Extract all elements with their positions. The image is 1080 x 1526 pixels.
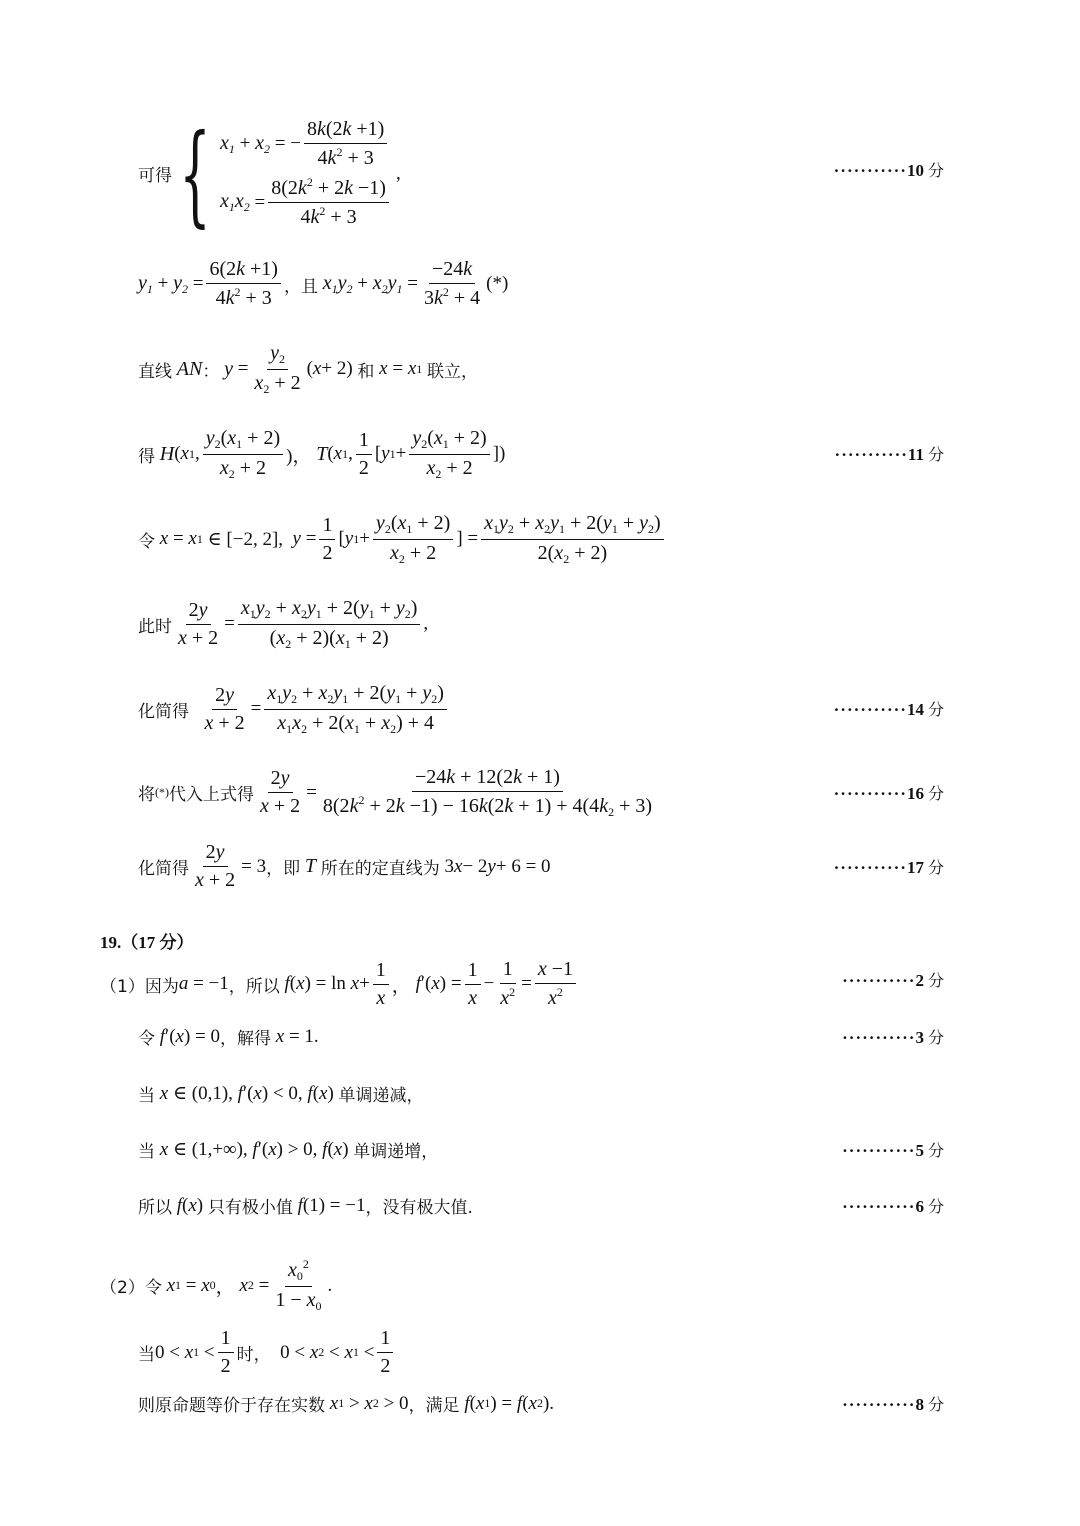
score-17: ···········17分: [834, 855, 944, 878]
score-10: ···········10分: [834, 158, 944, 181]
q19-decreasing: 当 x ∈ (0,1), f′(x) < 0, f(x) 单调递减，: [138, 1081, 424, 1106]
q19-equivalence-line: 则原命题等价于存在实数 x1 > x2 > 0，满足 f(x1) = f(x2)…: [138, 1391, 554, 1416]
q19-increasing: 当 x ∈ (1,+∞), f′(x) > 0, f(x) 单调递增，: [138, 1137, 438, 1162]
score-3: ···········3分: [842, 1025, 944, 1048]
score-11: ···········11分: [835, 442, 944, 465]
score-14: ···········14分: [834, 697, 944, 720]
product-x-equation: x1x2 = 8(2k2 + 2k −1)4k2 + 3: [220, 176, 392, 229]
simplify-line-1: 化简得 2yx + 2= x1y2 + x2y1 + 2(y1 + y2)x1x…: [138, 682, 450, 737]
q19-range-line: 当 0 < x1 < 12时， 0 < x2 < x1 < 12: [138, 1327, 396, 1378]
y-sum-line: y1 + y2 = 6(2k +1)4k2 + 3 ，且 x1y2 + x2y1…: [138, 258, 508, 310]
question-19-heading: 19.（17 分）: [100, 928, 194, 953]
star-marker: (*): [486, 273, 508, 295]
q19-part1-line: （1）因为 a = −1，所以 f(x) = ln x+ 1x， f′(x) =…: [100, 958, 579, 1010]
score-2: ···········2分: [842, 968, 944, 991]
substitute-line: 将(*)代入上式得 2yx + 2= −24k + 12(2k + 1)8(2k…: [138, 766, 658, 820]
line-AN: 直线 AN： y = y2x2 + 2 (x + 2) 和 x = x1 联立，: [138, 342, 478, 397]
left-brace: {: [179, 119, 211, 229]
score-16: ···········16分: [834, 781, 944, 804]
sum-x-equation: x1 + x2 = − 8k(2k +1)4k2 + 3: [220, 118, 392, 170]
score-8: ···········8分: [842, 1392, 944, 1415]
score-5: ···········5分: [842, 1138, 944, 1161]
score-6: ···········6分: [842, 1194, 944, 1217]
cishi-line: 此时 2yx + 2= x1y2 + x2y1 + 2(y1 + y2)(x2 …: [138, 597, 428, 652]
let-x-line: 令 x = x1 ∈ [−2, 2], y = 12[y1 + y2(x1 + …: [138, 512, 667, 567]
q19-minimum: 所以 f(x) 只有极小值 f(1) = −1，没有极大值.: [138, 1193, 473, 1218]
q19-part2-line: （2）令 x1 = x0， x2 = x021 − x0.: [100, 1258, 332, 1314]
equation-system-line: 可得 { x1 + x2 = − 8k(2k +1)4k2 + 3 x1x2 =…: [138, 118, 401, 229]
label-kede: 可得: [138, 161, 172, 186]
q19-derivative-zero: 令 f′(x) = 0，解得 x = 1.: [138, 1024, 319, 1049]
final-line-result: 化简得 2yx + 2= 3 ，即 T 所在的定直线为 3x − 2y + 6 …: [138, 841, 551, 892]
points-H-T-line: 得 H(x1, y2(x1 + 2)x2 + 2)， T(x1, 12[y1 +…: [138, 427, 505, 482]
equation-system: { x1 + x2 = − 8k(2k +1)4k2 + 3 x1x2 = 8(…: [172, 118, 392, 229]
